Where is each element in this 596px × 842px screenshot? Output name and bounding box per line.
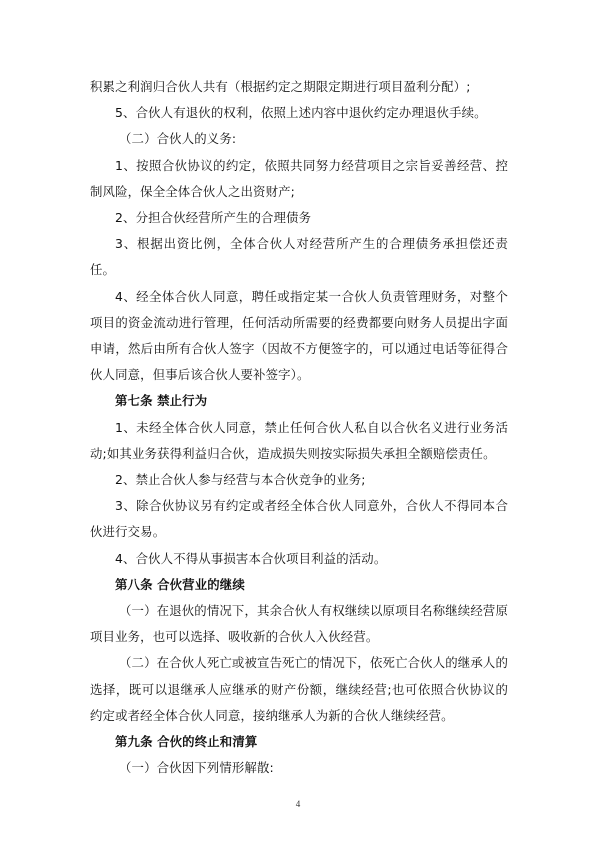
paragraph-prohibition-4: 4、合伙人不得从事损害本合伙项目利益的活动。 xyxy=(90,546,508,572)
paragraph-obligation-1: 1、按照合伙协议的约定，依照共同努力经营项目之宗旨妥善经营、控制风险，保全全体合… xyxy=(90,153,508,205)
paragraph-right-5: 5、合伙人有退伙的权利，依照上述内容中退伙约定办理退伙手续。 xyxy=(90,100,508,126)
paragraph-prohibition-2: 2、禁止合伙人参与经营与本合伙竞争的业务; xyxy=(90,467,508,493)
heading-article-7: 第七条 禁止行为 xyxy=(90,388,508,414)
paragraph-profit-sharing: 积累之利润归合伙人共有（根据约定之期限定期进行项目盈利分配）; xyxy=(90,74,508,100)
paragraph-prohibition-3: 3、除合伙协议另有约定或者经全体合伙人同意外，合伙人不得同本合伙进行交易。 xyxy=(90,493,508,545)
page-number: 4 xyxy=(0,799,596,809)
paragraph-continuation-1: （一）在退伙的情况下，其余合伙人有权继续以原项目名称继续经营原项目业务，也可以选… xyxy=(90,598,508,650)
paragraph-obligation-4: 4、经全体合伙人同意，聘任或指定某一合伙人负责管理财务，对整个项目的资金流动进行… xyxy=(90,284,508,389)
paragraph-dissolution-1: （一）合伙因下列情形解散: xyxy=(90,755,508,781)
paragraph-obligation-2: 2、分担合伙经营所产生的合理债务 xyxy=(90,205,508,231)
document-body: 积累之利润归合伙人共有（根据约定之期限定期进行项目盈利分配）; 5、合伙人有退伙… xyxy=(90,74,508,781)
heading-article-8: 第八条 合伙营业的继续 xyxy=(90,572,508,598)
paragraph-continuation-2: （二）在合伙人死亡或被宣告死亡的情况下，依死亡合伙人的继承人的选择，既可以退继承… xyxy=(90,650,508,729)
heading-article-9: 第九条 合伙的终止和清算 xyxy=(90,729,508,755)
paragraph-obligation-3: 3、根据出资比例，全体合伙人对经营所产生的合理债务承担偿还责任。 xyxy=(90,231,508,283)
document-page: 积累之利润归合伙人共有（根据约定之期限定期进行项目盈利分配）; 5、合伙人有退伙… xyxy=(0,0,596,842)
paragraph-prohibition-1: 1、未经全体合伙人同意，禁止任何合伙人私自以合伙名义进行业务活动;如其业务获得利… xyxy=(90,415,508,467)
subheading-obligations: （二）合伙人的义务: xyxy=(90,126,508,152)
